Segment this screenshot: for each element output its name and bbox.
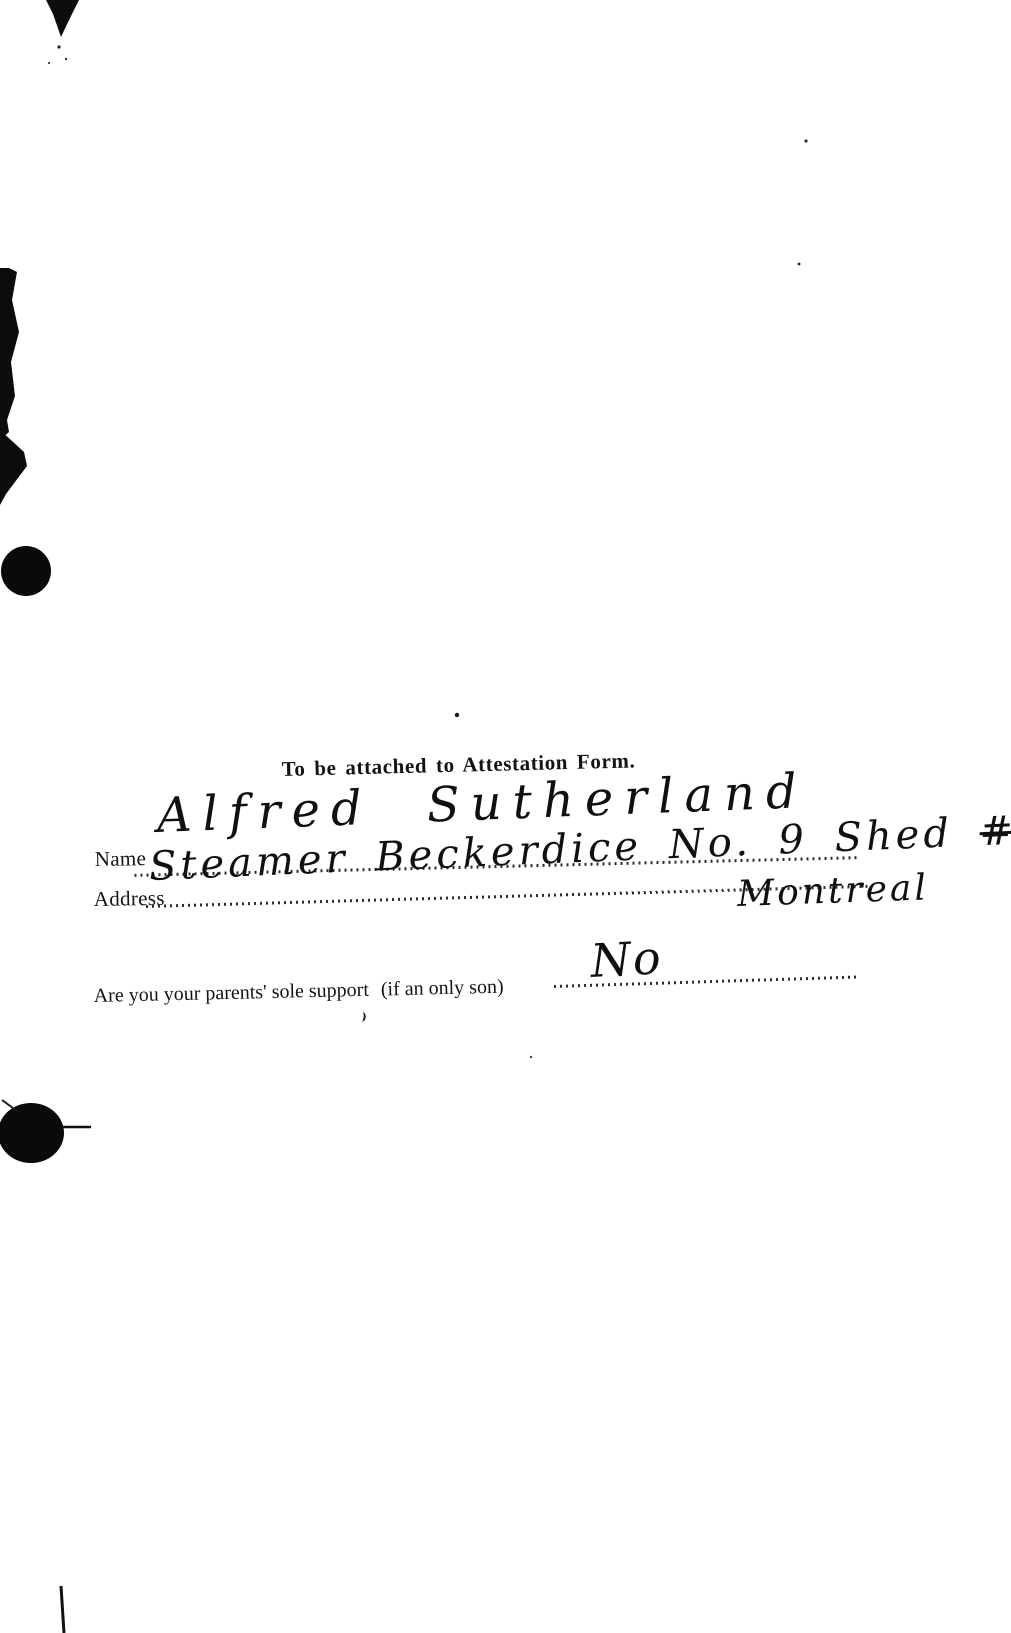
ink-speck	[48, 62, 50, 64]
sole-support-answer-handwritten: No	[589, 930, 664, 988]
apostrophe-speck	[362, 1012, 366, 1022]
ink-speck	[57, 45, 60, 48]
ink-speck	[530, 1056, 532, 1058]
ink-streak-left-edge	[0, 268, 19, 440]
punch-hole-mark-upper	[1, 546, 51, 596]
sole-support-question: Are you your parents' sole support (if a…	[93, 976, 503, 1008]
ink-speck-above-title	[455, 713, 459, 717]
punch-hole-mark-lower	[0, 1103, 64, 1163]
address-value-line2-handwritten: Montreal	[737, 867, 930, 915]
sole-support-label-paren: (if an only son)	[381, 976, 504, 1001]
ink-speck	[65, 58, 67, 60]
ink-streak-left-triangle	[0, 430, 27, 505]
ink-blot-top-left	[46, 0, 79, 37]
scratch-mark	[2, 1100, 17, 1111]
ink-speck	[798, 263, 801, 266]
scanned-attestation-form-page: To be attached to Attestation Form. Name…	[0, 0, 1011, 1633]
address-value-struck: ##	[979, 806, 1011, 855]
ink-speck	[804, 139, 807, 142]
ink-line-bottom-left	[61, 1586, 64, 1633]
sole-support-label: Are you your parents' sole support	[93, 979, 369, 1007]
